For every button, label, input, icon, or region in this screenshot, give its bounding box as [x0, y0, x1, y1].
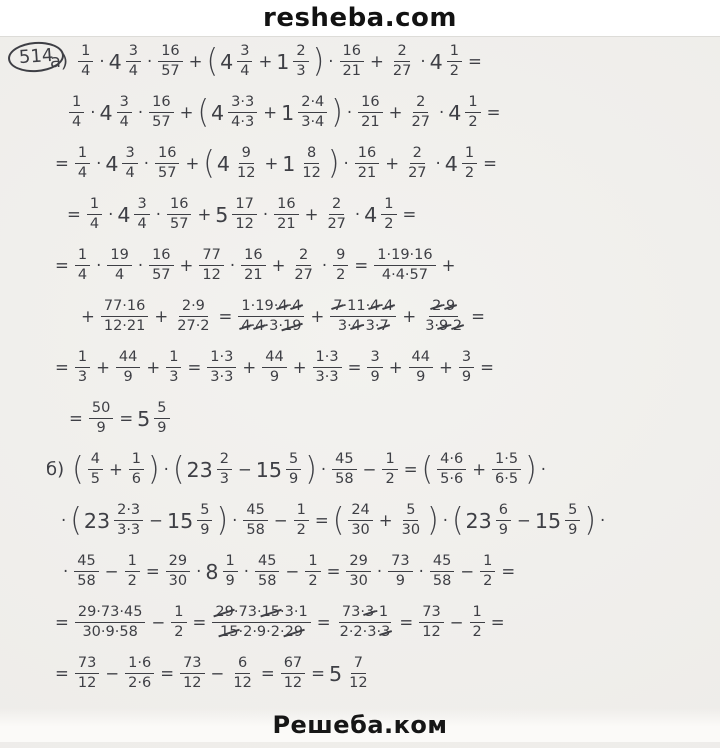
operator-text: = [477, 358, 497, 377]
operator-text: + [182, 154, 202, 173]
operator-text: · [325, 52, 336, 71]
fraction: 2·927·2 [174, 298, 212, 334]
operator-text: + [376, 511, 396, 530]
operator-text: + [386, 358, 406, 377]
fraction: 59 [565, 502, 580, 538]
fraction: 12 [305, 553, 320, 589]
operator-text: = [396, 613, 416, 632]
fraction: 12 [462, 145, 477, 181]
operator-text: · [319, 256, 330, 275]
whole-number: 5 [136, 407, 151, 431]
fraction: 34 [134, 196, 149, 232]
operator-text: · [229, 511, 240, 530]
fraction: 39 [367, 349, 382, 385]
whole-number: 4 [363, 203, 378, 227]
operator-text: = [312, 511, 332, 530]
operator-text: · [161, 460, 172, 479]
operator-text: = [52, 358, 72, 377]
parenthesis: ( [70, 504, 82, 536]
parenthesis: ) [148, 453, 160, 485]
whole-number: 4 [108, 50, 123, 74]
operator-text: + [290, 358, 310, 377]
operator-text: · [318, 460, 329, 479]
operator-text: = [468, 307, 488, 326]
whole-number: 5 [328, 662, 343, 686]
fraction: 194 [107, 247, 131, 283]
fraction: 6712 [281, 655, 305, 691]
fraction: 12 [381, 196, 396, 232]
fraction: 14 [78, 43, 93, 79]
fraction: 4558 [255, 553, 279, 589]
fraction: 1657 [155, 145, 179, 181]
fraction: 34 [237, 43, 252, 79]
fraction: 16 [129, 451, 144, 487]
fraction: 4558 [74, 553, 98, 589]
fraction: 12 [382, 451, 397, 487]
operator-text: + [382, 154, 402, 173]
fraction: 13 [166, 349, 181, 385]
fraction: 23 [293, 43, 308, 79]
operator-text: + [269, 256, 289, 275]
operator-text: − [146, 511, 166, 530]
parenthesis: ( [173, 453, 185, 485]
operator-text: · [93, 256, 104, 275]
parenthesis: ( [72, 453, 84, 485]
operator-text: · [141, 154, 152, 173]
operator-text: · [144, 52, 155, 71]
operator-text: + [93, 358, 113, 377]
operator-text: − [282, 562, 302, 581]
parenthesis: ) [584, 504, 596, 536]
operator-text: = [143, 562, 163, 581]
operator-text: + [78, 307, 98, 326]
fraction: 2·93·9·2 [422, 298, 465, 334]
fraction: 2430 [348, 502, 372, 538]
math-line: а)14 · 434 · 1657 + (434 + 123) · 1621 +… [0, 36, 720, 87]
whole-number: 4 [104, 152, 119, 176]
whole-number: 4 [116, 203, 131, 227]
operator-text: + [177, 256, 197, 275]
scanned-document-page: resheba.com 514 а)14 · 434 · 1657 + (434… [0, 0, 720, 748]
operator-text: + [186, 52, 206, 71]
fraction: 4558 [430, 553, 454, 589]
whole-number: 1 [280, 101, 295, 125]
operator-text: = [345, 358, 365, 377]
math-line: = 29·73·4530·9·58 − 12 = 29·73·15·3·115·… [0, 597, 720, 648]
whole-number: 8 [204, 560, 219, 584]
operator-text: = [258, 664, 278, 683]
whole-number: 4 [444, 152, 459, 176]
operator-text: = [498, 562, 518, 581]
operator-text: + [367, 52, 387, 71]
site-watermark-bottom: Решеба.ком [272, 711, 447, 739]
part-label: а) [50, 51, 75, 72]
operator-text: · [227, 256, 238, 275]
fraction: 1·33·3 [207, 349, 236, 385]
fraction: 13 [75, 349, 90, 385]
operator-text: · [440, 511, 451, 530]
fraction: 39 [459, 349, 474, 385]
operator-text: · [436, 103, 447, 122]
fraction: 1657 [149, 94, 173, 130]
fraction: 227 [405, 145, 429, 181]
math-line: + 77·1612·21 + 2·927·2 = 1·19·4·44·4·3·1… [0, 291, 720, 342]
operator-text: = [324, 562, 344, 581]
parenthesis: ( [452, 504, 464, 536]
fraction: 34 [122, 145, 137, 181]
operator-text: = [484, 103, 504, 122]
operator-text: + [439, 256, 459, 275]
fraction: 1621 [241, 247, 265, 283]
fraction: 34 [126, 43, 141, 79]
parenthesis: ) [216, 504, 228, 536]
parenthesis: ( [197, 96, 209, 128]
operator-text: · [96, 52, 107, 71]
whole-number: 15 [166, 509, 194, 533]
whole-number: 15 [255, 458, 283, 482]
fraction: 23 [217, 451, 232, 487]
fraction: 12 [470, 604, 485, 640]
fraction: 2·43·4 [298, 94, 327, 130]
math-line: = 14 · 434 · 1657 + 51712 · 1621 + 227 ·… [0, 189, 720, 240]
fraction: 1·19·164·4·57 [374, 247, 435, 283]
operator-text: + [261, 154, 281, 173]
operator-text: − [102, 664, 122, 683]
fraction: 12 [125, 553, 140, 589]
operator-text: − [102, 562, 122, 581]
operator-text: = [190, 613, 210, 632]
fraction: 92 [333, 247, 348, 283]
fraction: 1657 [158, 43, 182, 79]
whole-number: 23 [185, 458, 213, 482]
operator-text: = [184, 358, 204, 377]
fraction: 1657 [149, 247, 173, 283]
fraction: 14 [75, 247, 90, 283]
fraction: 29·73·15·3·115·2·9·2·29 [212, 604, 310, 640]
operator-text: · [538, 460, 549, 479]
fraction: 4558 [243, 502, 267, 538]
fraction: 530 [399, 502, 423, 538]
fraction: 12 [465, 94, 480, 130]
site-watermark-top: resheba.com [263, 3, 457, 33]
operator-text: = [488, 613, 508, 632]
math-line: · (232·33·3 − 1559) · 4558 − 12 = (2430 … [0, 495, 720, 546]
fraction: 227 [324, 196, 348, 232]
fraction: 2930 [166, 553, 190, 589]
fraction: 912 [234, 145, 258, 181]
operator-text: · [341, 154, 352, 173]
fraction: 45 [88, 451, 103, 487]
whole-number: 15 [534, 509, 562, 533]
operator-text: + [255, 52, 275, 71]
math-line: 14 · 434 · 1657 + (43·34·3 + 12·43·4) · … [0, 87, 720, 138]
fraction: 1621 [274, 196, 298, 232]
operator-text: = [216, 307, 236, 326]
fraction: 12 [447, 43, 462, 79]
whole-number: 23 [83, 509, 111, 533]
fraction: 7312 [419, 604, 443, 640]
operator-text: + [106, 460, 126, 479]
math-line: = 7312 − 1·62·6 = 7312 − 612 = 6712 = 57… [0, 648, 720, 699]
fraction: 1·19·4·44·4·3·19 [238, 298, 304, 334]
whole-number: 23 [465, 509, 493, 533]
fraction: 7·11·4·43·4·3·7 [330, 298, 396, 334]
fraction: 4·65·6 [437, 451, 466, 487]
fraction: 1712 [232, 196, 256, 232]
fraction: 449 [409, 349, 433, 385]
fraction: 227 [408, 94, 432, 130]
fraction: 29·73·4530·9·58 [75, 604, 146, 640]
fraction: 449 [116, 349, 140, 385]
fraction: 509 [89, 400, 113, 436]
fraction: 812 [299, 145, 323, 181]
parenthesis: ) [427, 504, 439, 536]
fraction: 712 [346, 655, 370, 691]
fraction: 12 [294, 502, 309, 538]
operator-text: + [260, 103, 280, 122]
parenthesis: ( [203, 147, 215, 179]
operator-text: − [271, 511, 291, 530]
fraction: 1657 [167, 196, 191, 232]
whole-number: 4 [216, 152, 231, 176]
fraction: 612 [230, 655, 254, 691]
operator-text: · [135, 256, 146, 275]
fraction: 7312 [75, 655, 99, 691]
parenthesis: ) [525, 453, 537, 485]
whole-number: 4 [219, 50, 234, 74]
operator-text: · [374, 562, 385, 581]
operator-text: = [64, 205, 84, 224]
parenthesis: ) [328, 147, 340, 179]
fraction: 1621 [358, 94, 382, 130]
operator-text: + [436, 358, 456, 377]
fraction: 1·33·3 [313, 349, 342, 385]
operator-text: = [308, 664, 328, 683]
parenthesis: ) [331, 96, 343, 128]
operator-text: · [135, 103, 146, 122]
fraction: 3·34·3 [228, 94, 257, 130]
operator-text: = [52, 664, 72, 683]
site-footer: Решеба.ком [0, 708, 720, 742]
whole-number: 4 [99, 101, 114, 125]
fraction: 34 [117, 94, 132, 130]
fraction: 227 [390, 43, 414, 79]
operator-text: = [480, 154, 500, 173]
operator-text: + [302, 205, 322, 224]
fraction: 7312 [180, 655, 204, 691]
fraction: 739 [388, 553, 412, 589]
operator-text: = [157, 664, 177, 683]
fraction: 77·1612·21 [101, 298, 149, 334]
operator-text: = [465, 52, 485, 71]
operator-text: = [400, 205, 420, 224]
fraction: 12 [480, 553, 495, 589]
operator-text: · [93, 154, 104, 173]
operator-text: · [260, 205, 271, 224]
operator-text: · [416, 562, 427, 581]
fraction: 73·3·12·2·3·3 [337, 604, 394, 640]
whole-number: 4 [429, 50, 444, 74]
fraction: 2·33·3 [114, 502, 143, 538]
parenthesis: ( [207, 45, 219, 77]
math-lines: а)14 · 434 · 1657 + (434 + 123) · 1621 +… [0, 36, 720, 699]
fraction: 7712 [199, 247, 223, 283]
operator-text: − [457, 562, 477, 581]
operator-text: = [351, 256, 371, 275]
operator-text: − [447, 613, 467, 632]
operator-text: + [194, 205, 214, 224]
parenthesis: ( [422, 453, 434, 485]
operator-text: · [597, 511, 608, 530]
fraction: 2930 [346, 553, 370, 589]
whole-number: 1 [281, 152, 296, 176]
math-line: = 509 = 559 [0, 393, 720, 444]
operator-text: · [344, 103, 355, 122]
parenthesis: ( [333, 504, 345, 536]
whole-number: 5 [214, 203, 229, 227]
operator-text: + [143, 358, 163, 377]
part-label: б) [46, 459, 71, 480]
math-line: = 14 · 434 · 1657 + (4912 + 1812) · 1621… [0, 138, 720, 189]
fraction: 14 [87, 196, 102, 232]
operator-text: · [352, 205, 363, 224]
fraction: 1621 [355, 145, 379, 181]
operator-text: = [116, 409, 136, 428]
fraction: 14 [69, 94, 84, 130]
operator-text: · [193, 562, 204, 581]
math-line: б)(45 + 16) · (2323 − 1559) · 4558 − 12 … [0, 444, 720, 495]
operator-text: + [469, 460, 489, 479]
operator-text: − [514, 511, 534, 530]
fraction: 59 [286, 451, 301, 487]
whole-number: 4 [447, 101, 462, 125]
operator-text: · [58, 511, 69, 530]
fraction: 19 [223, 553, 238, 589]
parenthesis: ) [305, 453, 317, 485]
fraction: 1621 [340, 43, 364, 79]
math-line: = 13 + 449 + 13 = 1·33·3 + 449 + 1·33·3 … [0, 342, 720, 393]
operator-text: · [60, 562, 71, 581]
operator-text: + [239, 358, 259, 377]
operator-text: − [148, 613, 168, 632]
operator-text: · [105, 205, 116, 224]
operator-text: + [399, 307, 419, 326]
operator-text: + [177, 103, 197, 122]
operator-text: = [66, 409, 86, 428]
parenthesis: ) [313, 45, 325, 77]
fraction: 1·56·5 [492, 451, 521, 487]
operator-text: = [401, 460, 421, 479]
fraction: 69 [496, 502, 511, 538]
operator-text: + [386, 103, 406, 122]
fraction: 12 [171, 604, 186, 640]
fraction: 14 [75, 145, 90, 181]
operator-text: · [417, 52, 428, 71]
fraction: 1·62·6 [125, 655, 154, 691]
fraction: 59 [154, 400, 169, 436]
fraction: 4558 [332, 451, 356, 487]
math-line: = 14 · 194 · 1657 + 7712 · 1621 + 227 · … [0, 240, 720, 291]
operator-text: = [52, 613, 72, 632]
operator-text: = [314, 613, 334, 632]
operator-text: = [52, 154, 72, 173]
operator-text: · [241, 562, 252, 581]
site-header: resheba.com [0, 0, 720, 36]
fraction: 59 [197, 502, 212, 538]
fraction: 449 [262, 349, 286, 385]
whole-number: 1 [275, 50, 290, 74]
operator-text: + [307, 307, 327, 326]
whole-number: 4 [210, 101, 225, 125]
operator-text: − [360, 460, 380, 479]
operator-text: − [208, 664, 228, 683]
operator-text: − [235, 460, 255, 479]
operator-text: · [87, 103, 98, 122]
operator-text: · [153, 205, 164, 224]
operator-text: = [52, 256, 72, 275]
math-line: · 4558 − 12 = 2930 · 819 · 4558 − 12 = 2… [0, 546, 720, 597]
operator-text: · [433, 154, 444, 173]
fraction: 227 [291, 247, 315, 283]
operator-text: + [151, 307, 171, 326]
